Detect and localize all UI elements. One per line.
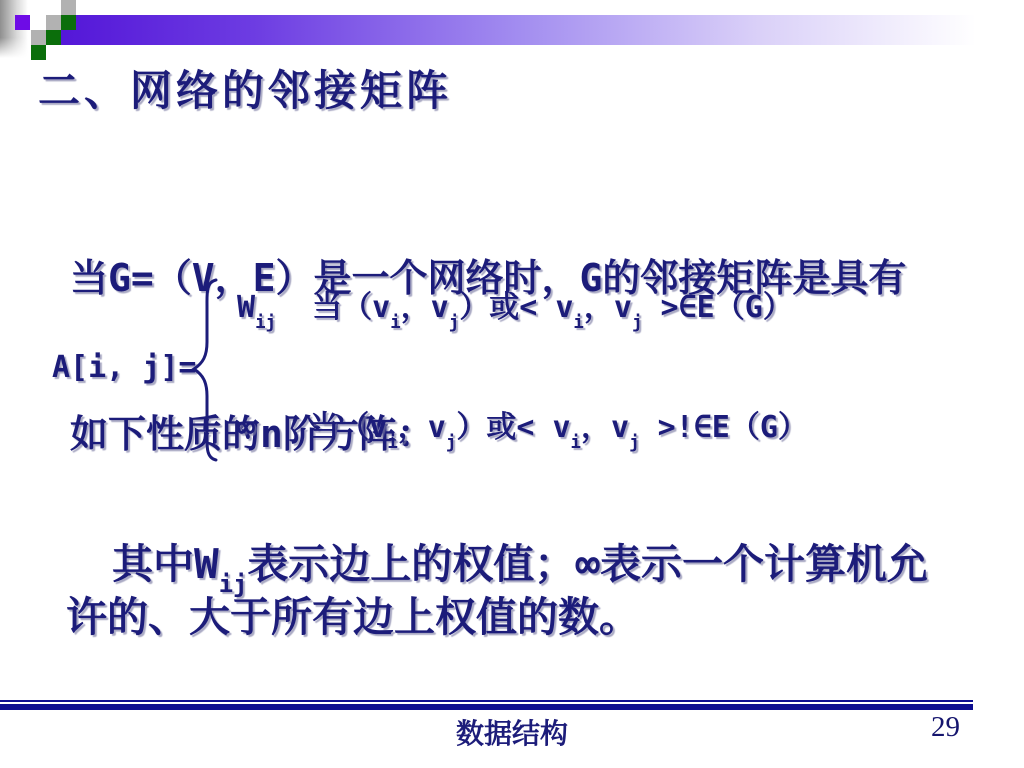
footer-divider-thin xyxy=(0,700,973,702)
mosaic-square-gray-3 xyxy=(31,30,46,45)
formula-lhs: A[i, j]= xyxy=(52,350,197,385)
formula-case-2: ∞ 当（vi，vj）或< vi，vj >!∈E（G） xyxy=(237,402,808,446)
mosaic-square-gray-2 xyxy=(46,15,61,30)
formula-case-1: Wij 当（vi，vj）或< vi，vj >∈E（G） xyxy=(237,282,793,326)
mosaic-square-gray-1 xyxy=(61,0,76,15)
mosaic-square-green-1 xyxy=(61,15,76,30)
mosaic-square-green-2 xyxy=(46,30,61,45)
explanation-line-1: 其中Wij表示边上的权值；∞表示一个计算机允 xyxy=(66,538,976,591)
footer-divider-thick xyxy=(0,704,973,710)
slide-title: 二、网络的邻接矩阵 xyxy=(38,58,452,118)
explanation-line-2: 许的、大于所有边上权值的数。 xyxy=(66,591,976,644)
mosaic-square-purple xyxy=(15,15,30,30)
footer-course-label: 数据结构 xyxy=(0,712,1024,752)
explanation-text: 其中Wij表示边上的权值；∞表示一个计算机允 许的、大于所有边上权值的数。 xyxy=(66,538,976,644)
left-curly-brace-icon xyxy=(190,276,218,464)
header-gradient-bar xyxy=(61,15,1024,45)
slide: 二、网络的邻接矩阵 当G=（V，E）是一个网络时，G的邻接矩阵是具有 如下性质的… xyxy=(0,0,1024,768)
page-number: 29 xyxy=(931,711,960,744)
